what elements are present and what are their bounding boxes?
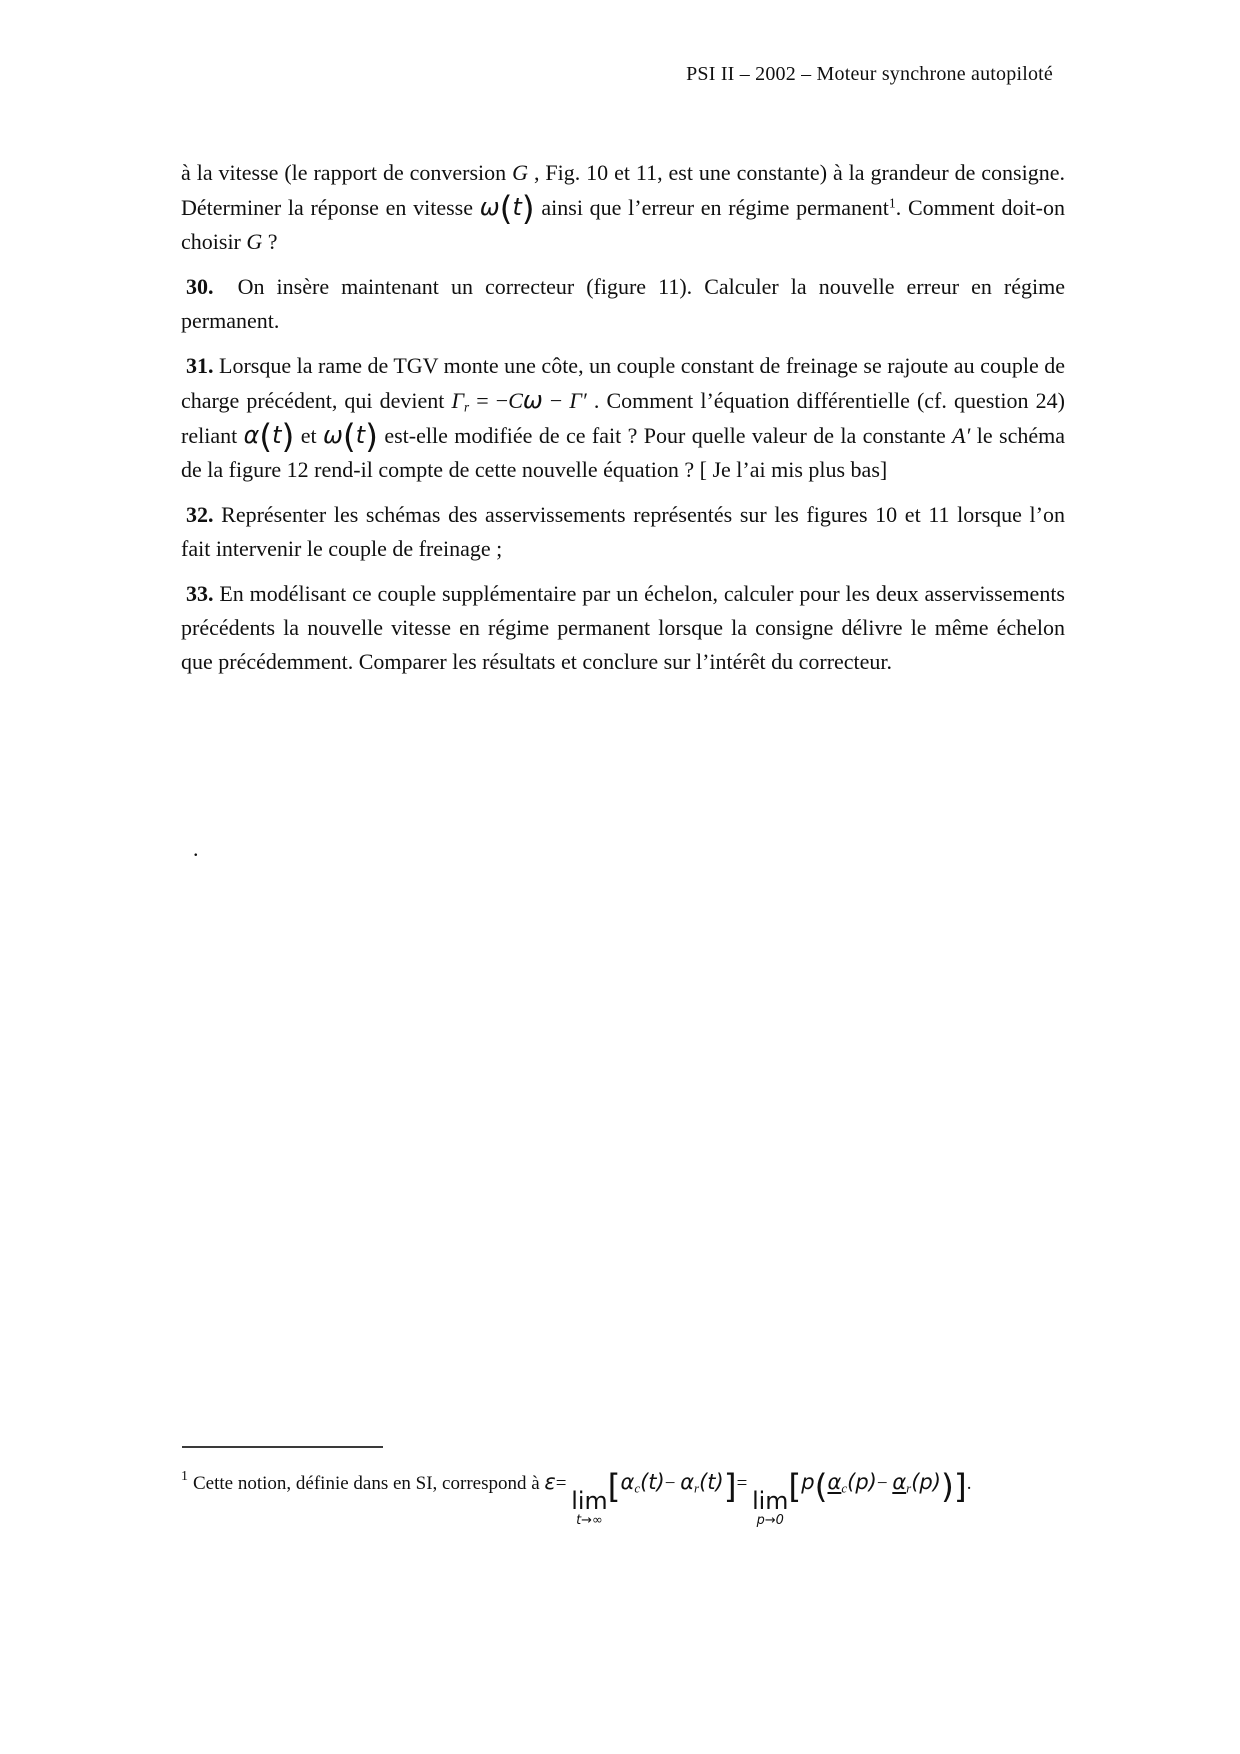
text-segment: est-elle modifiée de ce fait ? Pour quel… — [378, 423, 952, 448]
math-symbol: ω — [480, 193, 500, 221]
text-segment: et — [294, 423, 323, 448]
math-symbol: (p) — [911, 1470, 941, 1494]
math-delimiter: ( — [500, 189, 513, 228]
text-segment: = − — [469, 388, 508, 413]
question-33: 33. En modélisant ce couple supplémentai… — [181, 577, 1065, 679]
math-delimiter: ( — [815, 1467, 828, 1506]
footnote: 1Cette notion, définie dans en SI, corre… — [181, 1462, 1201, 1527]
math-delimiter: ) — [941, 1467, 954, 1506]
text-segment: = — [737, 1473, 752, 1494]
math-symbol: t — [512, 193, 521, 221]
superscript: 1 — [889, 196, 896, 211]
text-segment: − — [877, 1473, 892, 1494]
paragraph-continuation: à la vitesse (le rapport de conversion G… — [181, 156, 1065, 259]
question-30: 30. On insère maintenant un correcteur (… — [181, 270, 1065, 338]
question-32: 32. Représenter les schémas des asservis… — [181, 498, 1065, 566]
math-symbol: (t) — [699, 1470, 724, 1494]
text-segment: . — [967, 1473, 972, 1494]
text-segment: ainsi que l’erreur en régime permanent — [535, 195, 889, 220]
limit-word: lim — [752, 1490, 788, 1514]
math-symbol: α — [620, 1470, 634, 1494]
bold-text: 32. — [186, 502, 214, 527]
limit-subscript: t→∞ — [576, 1514, 603, 1528]
text-segment: − — [543, 388, 570, 413]
document-body: à la vitesse (le rapport de conversion G… — [181, 156, 1065, 690]
math-symbol: t — [356, 421, 365, 449]
limit-subscript: p→0 — [757, 1514, 784, 1528]
math-delimiter: ) — [281, 417, 294, 456]
text-segment: Représenter les schémas des asservisseme… — [181, 502, 1065, 561]
math-symbol: α — [680, 1470, 694, 1494]
text-segment: = — [556, 1473, 571, 1494]
math-delimiter: ( — [343, 417, 356, 456]
stray-period: . — [193, 836, 199, 862]
math-symbol: p — [801, 1470, 814, 1494]
laplace-symbol: α — [892, 1470, 906, 1494]
bold-text: 33. — [186, 581, 214, 606]
text-segment: − — [665, 1473, 680, 1494]
math-delimiter: ( — [259, 417, 272, 456]
footnote-text: Cette notion, définie dans en SI, corres… — [193, 1473, 971, 1494]
laplace-symbol: α — [828, 1470, 842, 1494]
bold-text: 30. — [186, 274, 214, 299]
limit-operator: limp→0 — [752, 1490, 788, 1527]
limit-word: lim — [571, 1490, 607, 1514]
question-31: 31. Lorsque la rame de TGV monte une côt… — [181, 349, 1065, 487]
text-segment: Cette notion, définie dans en SI, corres… — [193, 1473, 544, 1494]
math-delimiter: ) — [365, 417, 378, 456]
math-delimiter: ] — [954, 1467, 967, 1506]
math-delimiter: ) — [522, 189, 535, 228]
footnote-marker: 1 — [181, 1469, 188, 1484]
page-header: PSI II – 2002 – Moteur synchrone autopil… — [0, 63, 1053, 86]
math-symbol: (t) — [640, 1470, 665, 1494]
text-segment: On insère maintenant un correcteur (figu… — [181, 274, 1065, 333]
math-symbol: (p) — [847, 1470, 877, 1494]
math-symbol: A′ — [952, 423, 970, 448]
math-symbol: Γ′ — [569, 388, 586, 413]
text-segment: à la vitesse (le rapport de conversion — [181, 160, 512, 185]
text-segment: ? — [262, 229, 277, 254]
bold-text: 31. — [186, 353, 214, 378]
text-segment: En modélisant ce couple supplémentaire p… — [181, 581, 1065, 674]
math-symbol: C — [508, 388, 523, 413]
math-symbol: G — [512, 160, 528, 185]
math-symbol: G — [246, 229, 262, 254]
math-symbol: ε — [544, 1470, 555, 1494]
math-delimiter: [ — [788, 1467, 801, 1506]
math-symbol: ω — [323, 421, 343, 449]
footnote-separator — [182, 1446, 383, 1448]
limit-operator: limt→∞ — [571, 1490, 607, 1527]
math-symbol: Γ — [452, 388, 465, 413]
math-symbol: ω — [523, 386, 543, 414]
math-delimiter: ] — [724, 1467, 737, 1506]
document-page: PSI II – 2002 – Moteur synchrone autopil… — [0, 0, 1240, 1754]
math-delimiter: [ — [608, 1467, 621, 1506]
math-symbol: α — [244, 421, 260, 449]
